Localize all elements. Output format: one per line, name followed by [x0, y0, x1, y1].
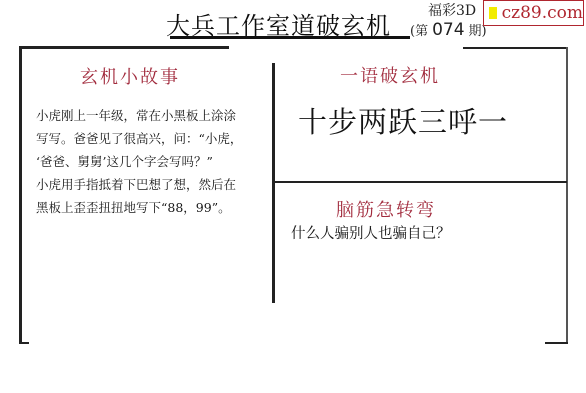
issue-suffix: 期): [469, 24, 487, 39]
left-box-top-border: [19, 46, 229, 49]
left-box-left-border: [19, 46, 22, 344]
story-line: ‘爸爸、舅舅’这几个字会写吗？”: [36, 150, 274, 173]
story-line: 黑板上歪歪扭扭地写下“88，99”。: [36, 196, 274, 219]
issue-number: 074: [432, 20, 464, 40]
story-line: 写写。爸爸见了很高兴，问：“小虎，: [36, 127, 274, 150]
lottery-name: 福彩3D: [428, 0, 476, 20]
watermark-badge[interactable]: cz89.com: [483, 0, 584, 26]
right-box-top-border: [463, 47, 567, 49]
issue-label: (第074期): [410, 20, 487, 40]
story-line: 小虎刚上一年级，常在小黑板上涂涂: [36, 104, 274, 127]
yellow-square-icon: [489, 7, 497, 19]
watermark-text: cz89.com: [502, 3, 583, 23]
hint-phrase: 十步两跃三呼一: [298, 100, 508, 141]
story-body: 小虎刚上一年级，常在小黑板上涂涂 写写。爸爸见了很高兴，问：“小虎， ‘爸爸、舅…: [36, 104, 274, 219]
brain-teaser-heading: 脑筋急转弯: [336, 196, 436, 222]
story-line: 小虎用手指抵着下巴想了想，然后在: [36, 173, 274, 196]
right-box-horizontal-divider: [273, 181, 567, 183]
title-underline: [170, 36, 410, 39]
page-title: 大兵工作室道破玄机: [166, 6, 406, 36]
brain-teaser-question: 什么人骗别人也骗自己？: [291, 222, 451, 243]
left-box-bottom-border: [19, 342, 29, 344]
issue-prefix: (第: [410, 24, 428, 39]
phrase-heading: 一语破玄机: [340, 62, 440, 88]
right-box-bottom-border: [545, 342, 568, 344]
story-heading: 玄机小故事: [80, 63, 180, 89]
right-box-right-border: [566, 47, 568, 344]
